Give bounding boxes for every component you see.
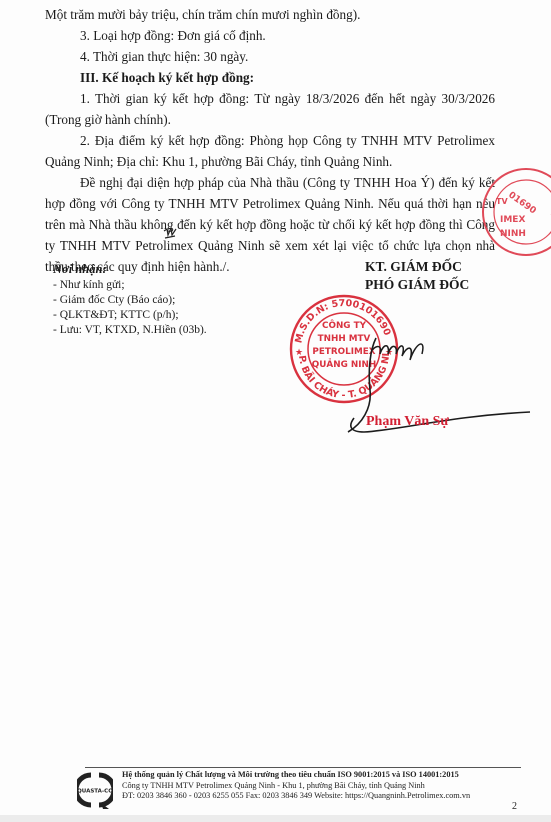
svg-text:★: ★: [295, 347, 303, 357]
svg-text:NINH: NINH: [500, 229, 526, 239]
recipients-title: Nơi nhận:: [53, 262, 207, 277]
recipient-item: - Giám đốc Cty (Báo cáo);: [53, 293, 207, 308]
initial-mark-icon: [163, 226, 177, 240]
footer-iso-line: Hệ thống quản lý Chất lượng và Môi trườn…: [122, 770, 470, 781]
recipient-item: - QLKT&ĐT; KTTC (p/h);: [53, 308, 207, 323]
signature-block: KT. GIÁM ĐỐC PHÓ GIÁM ĐỐC: [355, 258, 551, 294]
paragraph-continuation: Một trăm mười bảy triệu, chín trăm chín …: [45, 4, 495, 25]
item-duration: 4. Thời gian thực hiện: 30 ngày.: [45, 46, 495, 67]
page-number: 2: [512, 801, 517, 812]
signer-name: Phạm Văn Sự: [366, 414, 449, 430]
recipient-item: - Lưu: VT, KTXD, N.Hiền (03b).: [53, 323, 207, 338]
section-3-heading: III. Kế hoạch ký kết hợp đồng:: [45, 67, 495, 88]
recipient-item: - Như kính gửi;: [53, 278, 207, 293]
document-page: Một trăm mười bảy triệu, chín trăm chín …: [0, 0, 551, 822]
page-bottom-edge: [0, 815, 551, 822]
signing-location: 2. Địa điểm ký kết hợp đồng: Phòng họp C…: [45, 130, 495, 172]
footer-divider: [85, 767, 521, 768]
signature-title-line2: PHÓ GIÁM ĐỐC: [355, 276, 551, 294]
item-contract-type: 3. Loại hợp đồng: Đơn giá cố định.: [45, 25, 495, 46]
svg-text:QUASTA-CO: QUASTA-CO: [77, 789, 113, 795]
svg-text:IMEX: IMEX: [500, 215, 525, 225]
document-body: Một trăm mười bảy triệu, chín trăm chín …: [45, 4, 495, 277]
footer-contact-line: ĐT: 0203 3846 360 - 0203 6255 055 Fax: 0…: [122, 791, 470, 802]
footer-text: Hệ thống quản lý Chất lượng và Môi trườn…: [122, 770, 470, 802]
quasta-logo-icon: QUASTA-CO: [77, 771, 113, 811]
footer-address-line: Công ty TNHH MTV Petrolimex Quảng Ninh -…: [122, 781, 470, 792]
partial-stamp-icon: 01690 IMEX NINH TV ★: [478, 166, 551, 258]
signing-time: 1. Thời gian ký kết hợp đồng: Từ ngày 18…: [45, 88, 495, 130]
svg-text:TV: TV: [496, 197, 508, 206]
svg-text:01690: 01690: [506, 190, 537, 216]
recipients-block: Nơi nhận: - Như kính gửi; - Giám đốc Cty…: [53, 262, 207, 338]
signature-title-line1: KT. GIÁM ĐỐC: [355, 258, 551, 276]
